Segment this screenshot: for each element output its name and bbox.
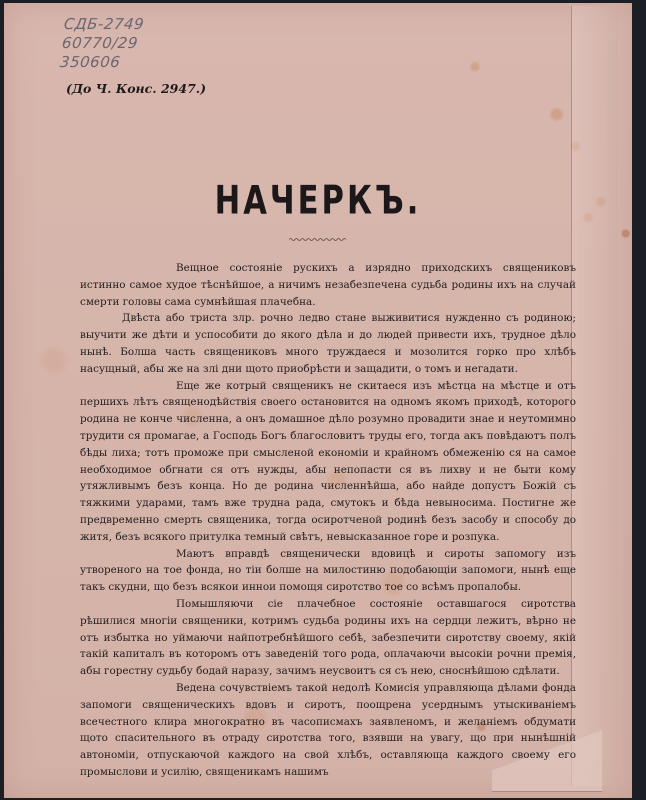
paragraph: Вещное состоянie рускихъ a изрядно прихо… bbox=[80, 260, 576, 310]
paragraph: Еще же котрый священикъ не скитаеся изъ … bbox=[80, 378, 576, 546]
archive-mark: СДБ-2749 bbox=[63, 15, 145, 34]
archive-marks: СДБ-2749 60770/29 350606 bbox=[59, 15, 145, 72]
archive-mark: 350606 bbox=[59, 53, 141, 72]
body-text: Вещное состоянie рускихъ a изрядно прихо… bbox=[80, 260, 576, 781]
document-title: НАЧЕРКЪ. bbox=[4, 178, 632, 224]
paragraph: Помышляючи сiе плачебное состоянie остав… bbox=[80, 596, 576, 680]
reference-number: (До Ч. Конс. 2947.) bbox=[66, 81, 206, 96]
document-page: СДБ-2749 60770/29 350606 (До Ч. Конс. 29… bbox=[4, 3, 632, 798]
paragraph: Маютъ вправдѣ священически вдовицѣ и сир… bbox=[80, 546, 576, 596]
paragraph: Ведена сочувствieмъ такой недолѣ Комисiя… bbox=[80, 680, 576, 781]
archive-mark: 60770/29 bbox=[61, 34, 143, 53]
page-fold bbox=[571, 6, 618, 786]
title-ornament bbox=[289, 237, 347, 242]
paragraph: Двѣста або триста злр. рочно ледво стане… bbox=[80, 310, 576, 377]
